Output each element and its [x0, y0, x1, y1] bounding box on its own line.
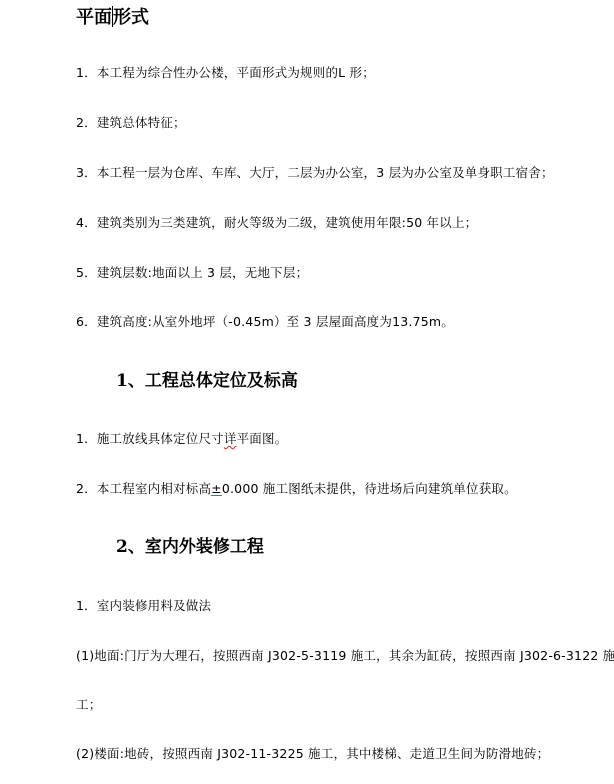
positioning-item-2-before: 2．本工程室内相对标高: [76, 481, 211, 496]
positioning-item-2-after: 0.000 施工图纸未提供，待进场后向建筑单位获取。: [222, 481, 517, 496]
intro-item-1: 1．本工程为综合性办公楼，平面形式为规则的L 形；: [76, 65, 375, 81]
grammar-flagged-symbol[interactable]: ±: [211, 481, 222, 496]
positioning-item-1-before: 1．施工放线具体定位尺寸: [76, 431, 224, 446]
document-page: 平面形式 1．本工程为综合性办公楼，平面形式为规则的L 形； 2．建筑总体特征；…: [0, 0, 614, 784]
intro-item-6: 6．建筑高度:从室外地坪（-0.45m）至 3 层屋面高度为13.75m。: [76, 314, 454, 330]
document-title[interactable]: 平面形式: [76, 6, 149, 29]
title-text-before-caret: 平面: [76, 7, 112, 28]
intro-item-2: 2．建筑总体特征；: [76, 115, 186, 131]
decoration-item-storey-floor: (2)楼面:地砖，按照西南 J302-11-3225 施工，其中楼梯、走道卫生间…: [76, 746, 549, 762]
intro-item-5: 5．建筑层数:地面以上 3 层，无地下层；: [76, 265, 308, 281]
decoration-item-floor: (1)地面:门厅为大理石，按照西南 J302-5-3119 施工，其余为缸砖，按…: [76, 648, 614, 664]
intro-item-4: 4．建筑类别为三类建筑，耐火等级为二级，建筑使用年限:50 年以上；: [76, 215, 477, 231]
spellcheck-flagged-word[interactable]: 详: [224, 431, 237, 446]
section-heading-decoration: 2、室内外装修工程: [116, 536, 264, 558]
positioning-item-2: 2．本工程室内相对标高±0.000 施工图纸未提供，待进场后向建筑单位获取。: [76, 481, 517, 497]
intro-item-3: 3．本工程一层为仓库、车库、大厅，二层为办公室，3 层为办公室及单身职工宿舍；: [76, 165, 554, 181]
decoration-item-1: 1．室内装修用料及做法: [76, 598, 211, 614]
section-heading-positioning: 1、工程总体定位及标高: [116, 370, 298, 392]
decoration-item-floor-cont: 工；: [76, 697, 101, 713]
title-text-after-caret: 形式: [113, 7, 149, 28]
positioning-item-1: 1．施工放线具体定位尺寸详平面图。: [76, 431, 287, 447]
positioning-item-1-after: 平面图。: [237, 431, 288, 446]
